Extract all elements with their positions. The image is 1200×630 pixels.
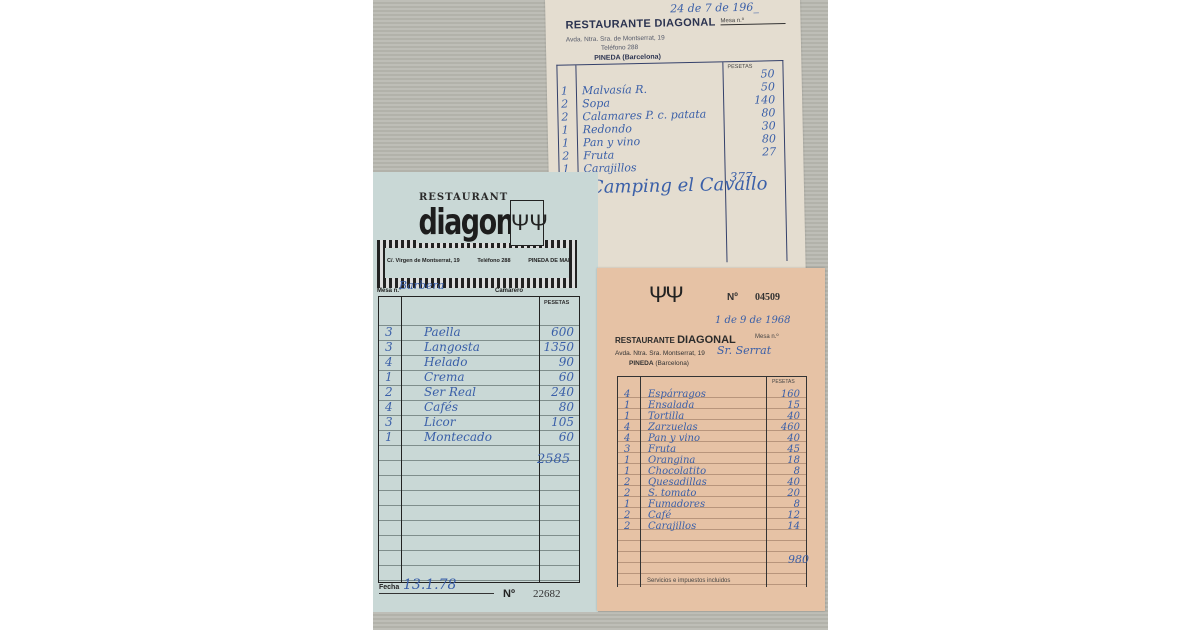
table-row: 2Ser Real240 <box>379 385 579 400</box>
table-row: 3Fruta45 <box>618 444 806 455</box>
table-row: 4Helado90 <box>379 355 579 370</box>
receipt-right: ΨΨ Nº 04509 1 de 9 de 1968 RESTAURANTE D… <box>597 268 825 611</box>
total: 980 <box>788 553 809 566</box>
table-row: 1Montecado60 <box>379 430 579 445</box>
mesa-label: Mesa n.º <box>755 334 779 340</box>
total: 2585 <box>537 452 570 467</box>
phone: Teléfono 288 <box>477 258 510 264</box>
address: Avda. Ntra. Sra. de Montserrat, 19 <box>566 35 665 44</box>
table-row: 3Licor105 <box>379 415 579 430</box>
fecha-value: 13.1.78 <box>403 577 456 593</box>
table-row: 2Café12 <box>618 510 806 521</box>
fork-icon: ΨΨ <box>649 282 682 308</box>
number-label: Nº <box>503 588 515 600</box>
fecha-label: Fecha <box>379 584 399 591</box>
address: Avda. Ntra. Sra. Montserrat, 19 <box>615 350 705 357</box>
receipt-number: 04509 <box>755 292 780 303</box>
table-row: 2S. tomato20 <box>618 488 806 499</box>
items-table: PESETAS 3Paella600 3Langosta1350 4Helado… <box>378 296 580 583</box>
city: PINEDA (Barcelona) <box>594 54 661 62</box>
table-row: 1Fumadores8 <box>618 499 806 510</box>
receipt-left: RESTAURANT diagonal ΨΨ C/. Virgen de Mon… <box>373 172 598 612</box>
city: PINEDA DE MAR <box>528 258 572 264</box>
phone: Teléfono 288 <box>601 44 638 52</box>
table-row: 3Paella600 <box>379 325 579 340</box>
date: 24 de 7 de 196_ <box>670 1 759 16</box>
table-row: 1Crema60 <box>379 370 579 385</box>
table-row: 1Orangina18 <box>618 455 806 466</box>
city: PINEDA (Barcelona) <box>629 360 689 367</box>
receipt-number: 22682 <box>533 588 561 600</box>
column-header: PESETAS <box>544 300 569 306</box>
table-row: 1Chocolatito8 <box>618 466 806 477</box>
table-row: 2Carajillos14 <box>618 521 806 532</box>
table-row: 4Cafés80 <box>379 400 579 415</box>
table-row: 4Espárragos160 <box>618 389 806 400</box>
camarero-label: Camarero <box>495 288 523 294</box>
table-row: 1Ensalada15 <box>618 400 806 411</box>
date: 1 de 9 de 1968 <box>715 315 791 326</box>
mesa-label: Mesa n.º <box>720 17 785 25</box>
table-row: 2Quesadillas40 <box>618 477 806 488</box>
mesa-value: Barbera <box>399 279 444 292</box>
fork-icon: ΨΨ <box>510 200 544 246</box>
scanned-page: RESTAURANTE DIAGONAL Avda. Ntra. Sra. de… <box>373 0 828 630</box>
signature: Camping el Cavallo <box>590 173 768 199</box>
mesa-label: Mesa n.º <box>377 288 401 294</box>
column-header: PESETAS <box>772 379 795 385</box>
footer-note: Servicios e impuestos incluidos <box>647 578 730 584</box>
address: C/. Virgen de Montserrat, 19 <box>387 258 460 264</box>
table-row: 1Tortilla40 <box>618 411 806 422</box>
mesa-value: Sr. Serrat <box>717 344 771 357</box>
table-row: 4Zarzuelas460 <box>618 422 806 433</box>
items-table: PESETAS 4Espárragos160 1Ensalada15 1Tort… <box>617 376 807 587</box>
table-row: 4Pan y vino40 <box>618 433 806 444</box>
restaurant-title: RESTAURANTE DIAGONAL <box>565 16 715 31</box>
number-label: Nº <box>727 292 738 303</box>
table-row: 3Langosta1350 <box>379 340 579 355</box>
